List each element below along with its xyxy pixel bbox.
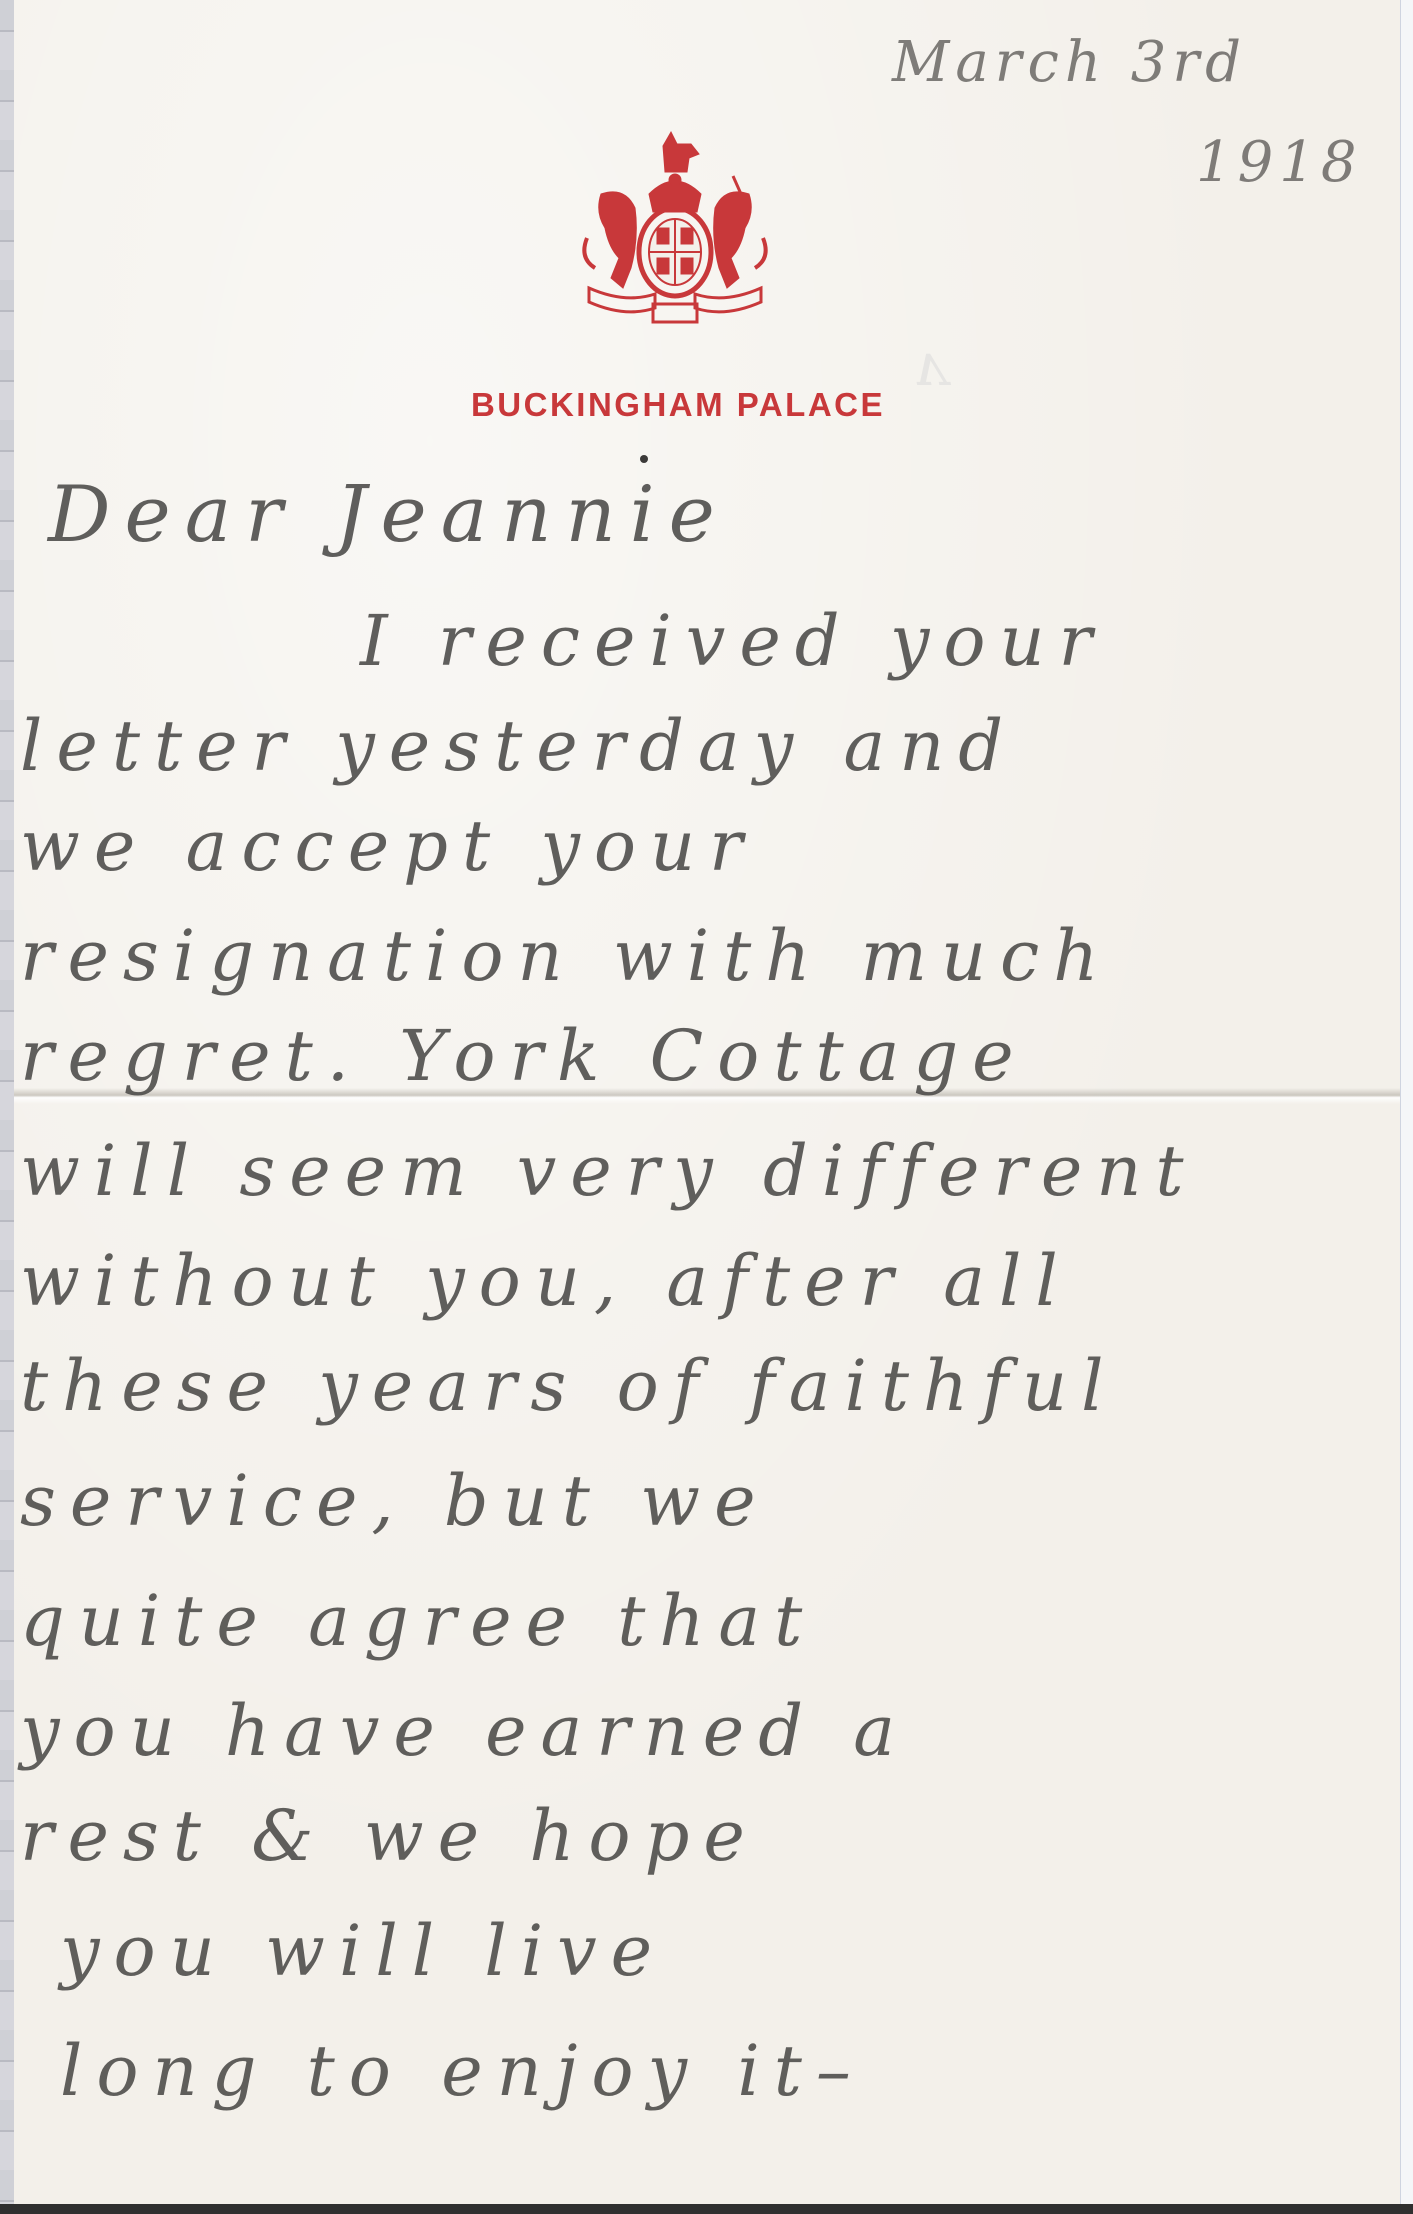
body-line: regret. York Cottage — [20, 1015, 1028, 1097]
body-line: service, but we — [20, 1460, 770, 1542]
date-line-2: 1918 — [1196, 130, 1363, 195]
body-line: without you, after all — [20, 1240, 1072, 1322]
body-line: you will live — [60, 1910, 666, 1992]
body-line: will seem very different — [20, 1130, 1198, 1212]
date-line-1: March 3rd — [892, 30, 1247, 95]
body-line: resignation with much — [20, 915, 1112, 997]
royal-coat-of-arms-icon — [565, 128, 785, 328]
body-line: quite agree that — [20, 1580, 816, 1662]
body-line: I received your — [360, 600, 1106, 682]
body-line: these years of faithful — [20, 1345, 1118, 1427]
body-line: we accept your — [20, 805, 757, 887]
body-line: long to enjoy it– — [60, 2030, 865, 2112]
body-line: you have earned a — [20, 1690, 909, 1772]
salutation: Dear Jeannie — [48, 470, 729, 560]
scan-left-edge — [0, 0, 14, 2214]
letterhead-title: BUCKINGHAM PALACE — [413, 386, 943, 424]
scan-right-edge — [1400, 0, 1413, 2214]
body-line: rest & we hope — [20, 1795, 759, 1877]
ink-dot — [640, 455, 648, 463]
scan-bottom-edge — [0, 2204, 1413, 2214]
body-line: letter yesterday and — [20, 705, 1017, 787]
